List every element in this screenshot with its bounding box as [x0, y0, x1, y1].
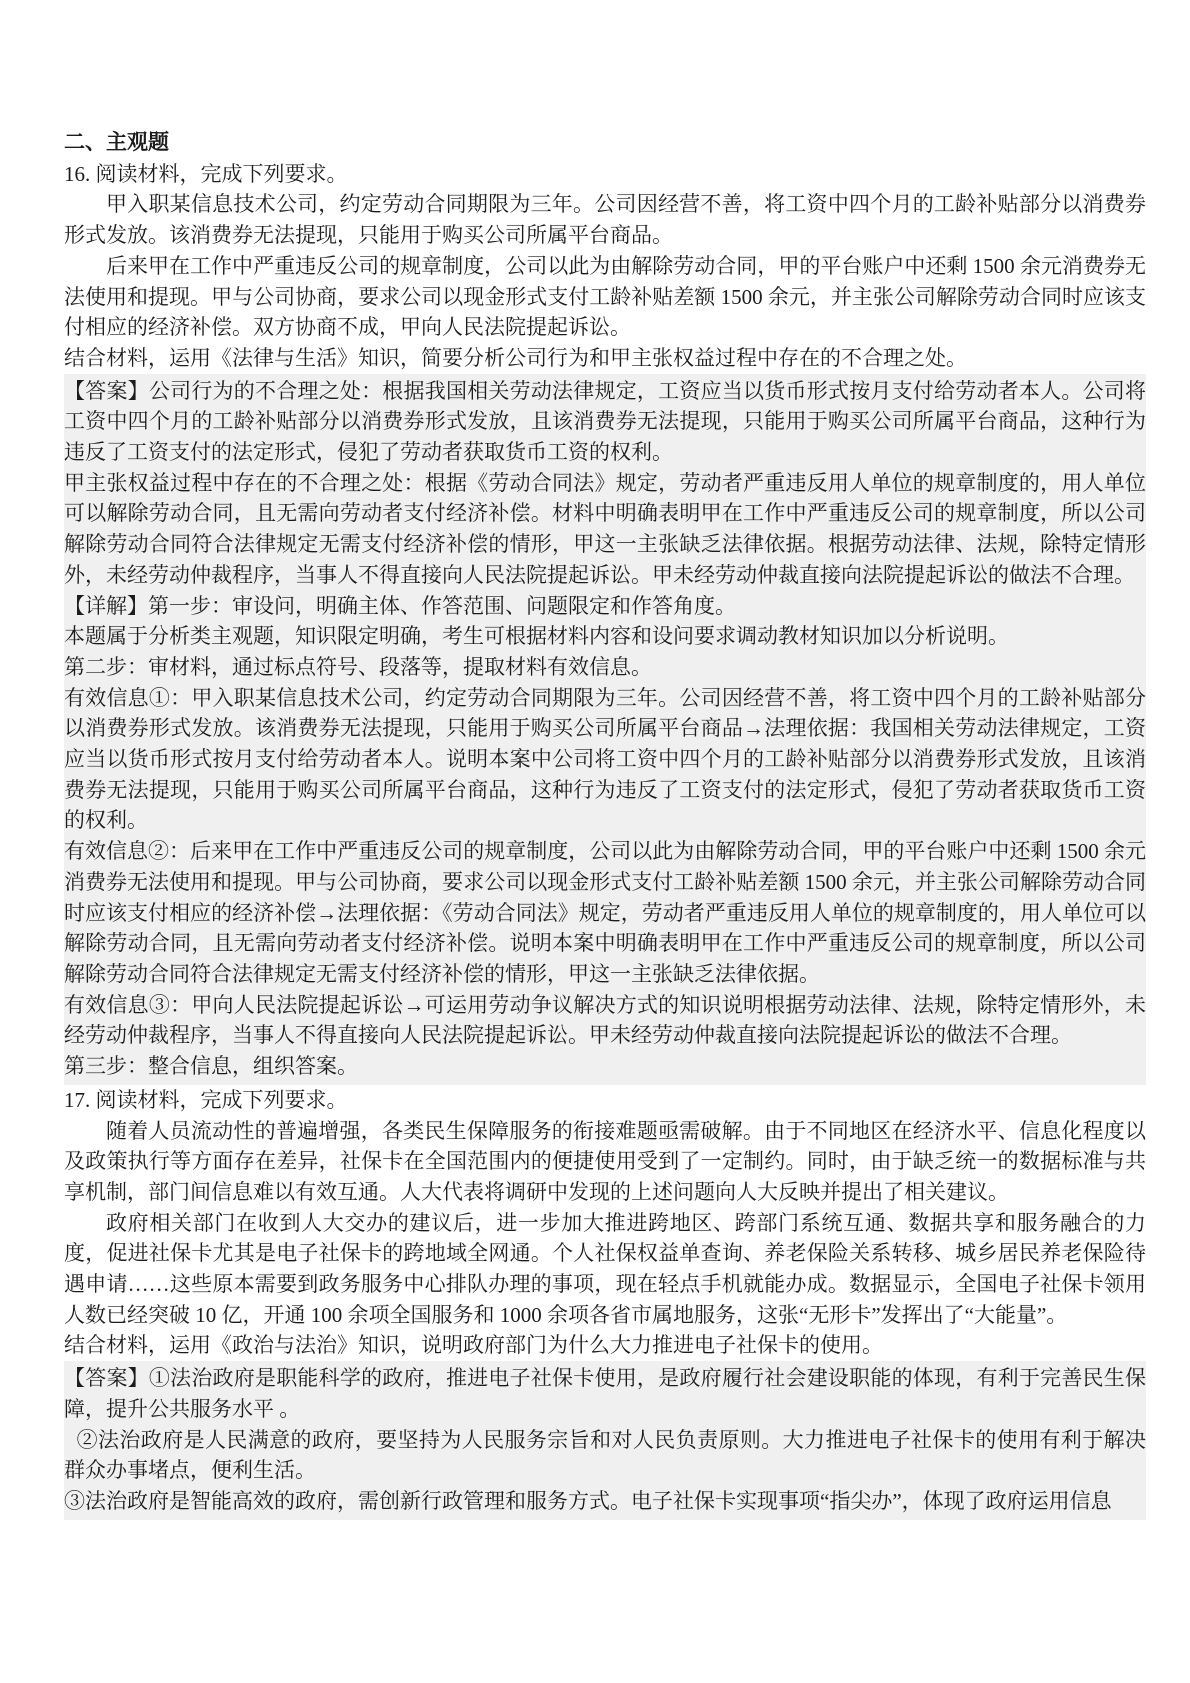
- exam-document-page: 二、主观题 16. 阅读材料，完成下列要求。 甲入职某信息技术公司，约定劳动合同…: [0, 0, 1190, 1683]
- question-17-header: 17. 阅读材料，完成下列要求。: [64, 1085, 1146, 1116]
- q16-material-paragraph-1: 甲入职某信息技术公司，约定劳动合同期限为三年。公司因经营不善，将工资中四个月的工…: [64, 189, 1146, 250]
- q16-valid-info-1: 有效信息①：甲入职某信息技术公司，约定劳动合同期限为三年。公司因经营不善，将工资…: [64, 683, 1146, 837]
- q17-answer-point-3: ③法治政府是智能高效的政府，需创新行政管理和服务方式。电子社保卡实现事项“指尖办…: [64, 1486, 1146, 1517]
- q17-material-paragraph-2: 政府相关部门在收到人大交办的建议后，进一步加大推进跨地区、跨部门系统互通、数据共…: [64, 1208, 1146, 1331]
- q16-answer-paragraph-2: 甲主张权益过程中存在的不合理之处：根据《劳动合同法》规定，劳动者严重违反用人单位…: [64, 468, 1146, 591]
- q16-explain-step-1: 【详解】第一步：审设问，明确主体、作答范围、问题限定和作答角度。: [64, 591, 1146, 622]
- q16-valid-info-3: 有效信息③：甲向人民法院提起诉讼→可运用劳动争议解决方式的知识说明根据劳动法律、…: [64, 990, 1146, 1051]
- document-content: 二、主观题 16. 阅读材料，完成下列要求。 甲入职某信息技术公司，约定劳动合同…: [0, 0, 1190, 1520]
- q17-answer-point-1: 【答案】①法治政府是职能科学的政府，推进电子社保卡使用，是政府履行社会建设职能的…: [64, 1363, 1146, 1424]
- q17-answer-point-2: ②法治政府是人民满意的政府，要坚持为人民服务宗旨和对人民负责原则。大力推进电子社…: [64, 1425, 1146, 1486]
- q16-explain-step-2: 第二步：审材料，通过标点符号、段落等，提取材料有效信息。: [64, 652, 1146, 683]
- section-heading: 二、主观题: [64, 128, 1146, 159]
- q16-answer-block: 【答案】公司行为的不合理之处：根据我国相关劳动法律规定，工资应当以货币形式按月支…: [64, 374, 1146, 1085]
- q16-question-prompt: 结合材料，运用《法律与生活》知识，简要分析公司行为和甲主张权益过程中存在的不合理…: [64, 343, 1146, 374]
- q17-question-prompt: 结合材料，运用《政治与法治》知识，说明政府部门为什么大力推进电子社保卡的使用。: [64, 1330, 1146, 1361]
- q17-answer-block: 【答案】①法治政府是职能科学的政府，推进电子社保卡使用，是政府履行社会建设职能的…: [64, 1361, 1146, 1520]
- q16-material-paragraph-2: 后来甲在工作中严重违反公司的规章制度，公司以此为由解除劳动合同，甲的平台账户中还…: [64, 251, 1146, 343]
- q16-answer-paragraph-1: 【答案】公司行为的不合理之处：根据我国相关劳动法律规定，工资应当以货币形式按月支…: [64, 376, 1146, 468]
- q16-valid-info-2: 有效信息②：后来甲在工作中严重违反公司的规章制度，公司以此为由解除劳动合同，甲的…: [64, 836, 1146, 990]
- q16-explain-step-1-note: 本题属于分析类主观题，知识限定明确，考生可根据材料内容和设问要求调动教材知识加以…: [64, 621, 1146, 652]
- question-16-header: 16. 阅读材料，完成下列要求。: [64, 159, 1146, 190]
- q17-material-paragraph-1: 随着人员流动性的普遍增强，各类民生保障服务的衔接难题亟需破解。由于不同地区在经济…: [64, 1116, 1146, 1208]
- q16-explain-step-3: 第三步：整合信息，组织答案。: [64, 1051, 1146, 1082]
